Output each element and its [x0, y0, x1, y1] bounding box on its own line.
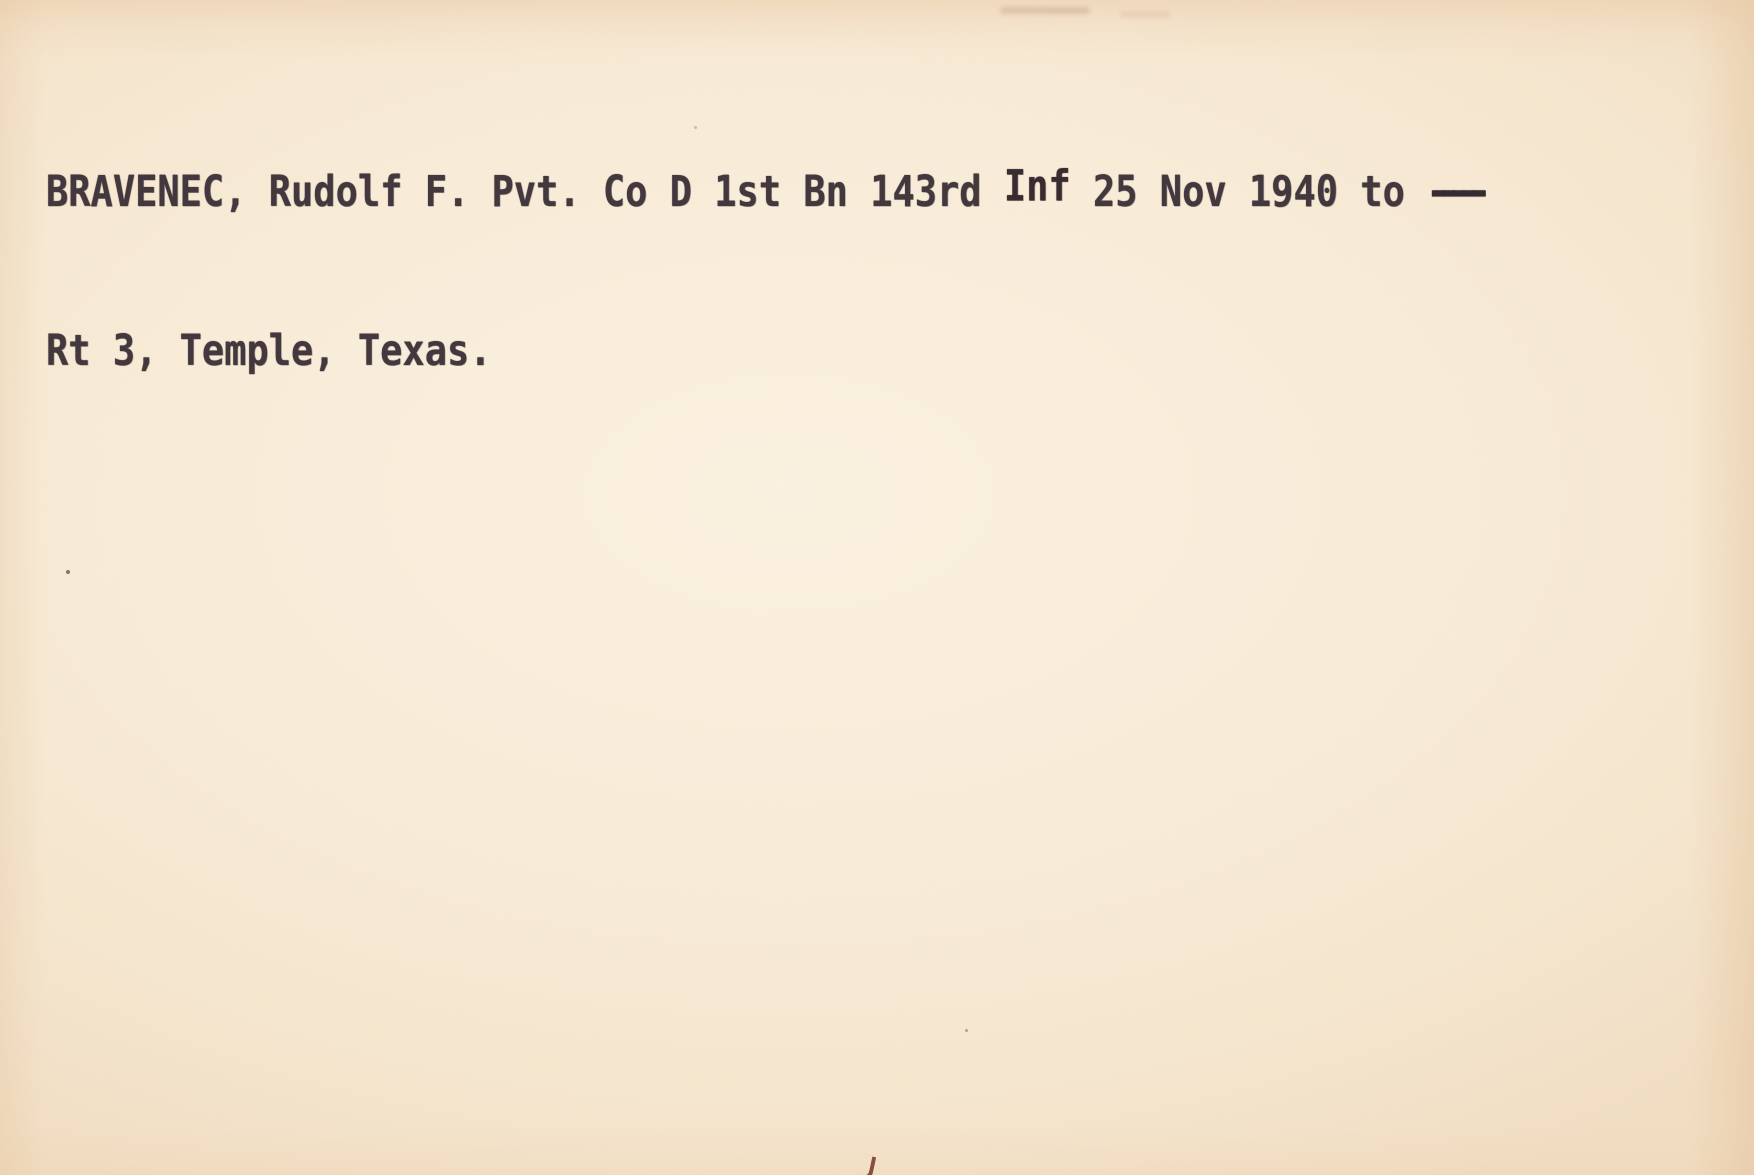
enlistment-date-text: 25 Nov 1940 to	[1071, 167, 1427, 216]
scanned-index-card: BRAVENEC, Rudolf F. Pvt. Co D 1st Bn 143…	[0, 0, 1754, 1175]
card-line-1: BRAVENEC, Rudolf F. Pvt. Co D 1st Bn 143…	[46, 166, 1479, 219]
name-rank-unit-text: BRAVENEC, Rudolf F. Pvt. Co D 1st Bn 143…	[46, 167, 1004, 216]
typewritten-text-block: BRAVENEC, Rudolf F. Pvt. Co D 1st Bn 143…	[46, 60, 1479, 483]
top-edge-smudge	[1120, 12, 1170, 17]
infantry-abbreviation-text: Inf	[1004, 161, 1071, 210]
card-line-2-address-text: Rt 3, Temple, Texas.	[46, 325, 1479, 378]
ink-speck	[965, 1029, 968, 1032]
ink-speck	[66, 570, 70, 574]
top-edge-smudge	[1000, 7, 1090, 14]
bottom-edge-ink-mark	[862, 1155, 877, 1175]
overstruck-dashes-text: -----	[1427, 167, 1478, 216]
